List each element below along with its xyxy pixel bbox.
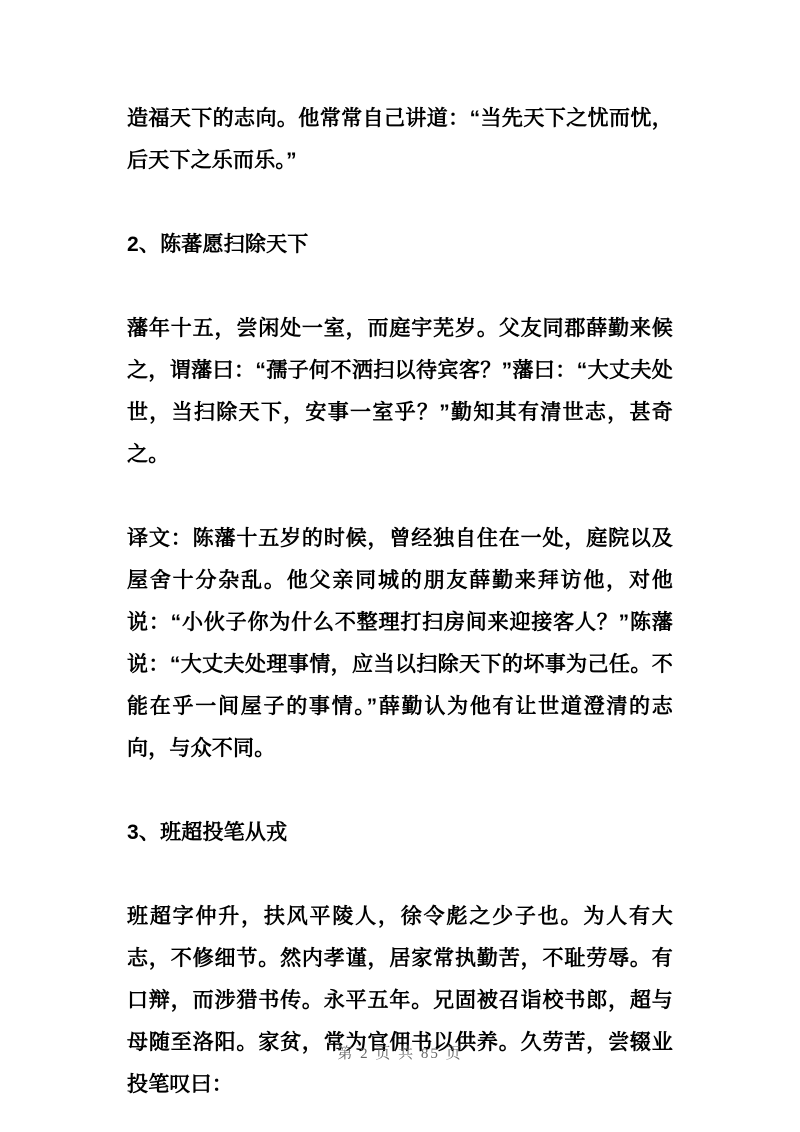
paragraph-classical-text-chenfan: 藩年十五，尝闲处一室，而庭宇芜岁。父友同郡薛勤来候之，谓藩曰：“孺子何不洒扫以待… bbox=[127, 308, 673, 476]
page-number-footer: 第 2 页 共 85 页 bbox=[0, 1044, 800, 1064]
paragraph-continuation: 造福天下的志向。他常常自己讲道：“当先天下之忧而忧，后天下之乐而乐。” bbox=[127, 98, 673, 182]
paragraph-translation-chenfan: 译文：陈藩十五岁的时候，曾经独自住在一处，庭院以及屋舍十分杂乱。他父亲同城的朋友… bbox=[127, 518, 673, 770]
section-heading-2: 2、陈蕃愿扫除天下 bbox=[127, 224, 673, 266]
document-page: 造福天下的志向。他常常自己讲道：“当先天下之忧而忧，后天下之乐而乐。” 2、陈蕃… bbox=[0, 0, 800, 1132]
document-body: 造福天下的志向。他常常自己讲道：“当先天下之忧而忧，后天下之乐而乐。” 2、陈蕃… bbox=[127, 98, 673, 1106]
paragraph-classical-text-banchao: 班超字仲升，扶风平陵人，徐令彪之少子也。为人有大志，不修细节。然内孝谨，居家常执… bbox=[127, 896, 673, 1106]
section-heading-3: 3、班超投笔从戎 bbox=[127, 812, 673, 854]
